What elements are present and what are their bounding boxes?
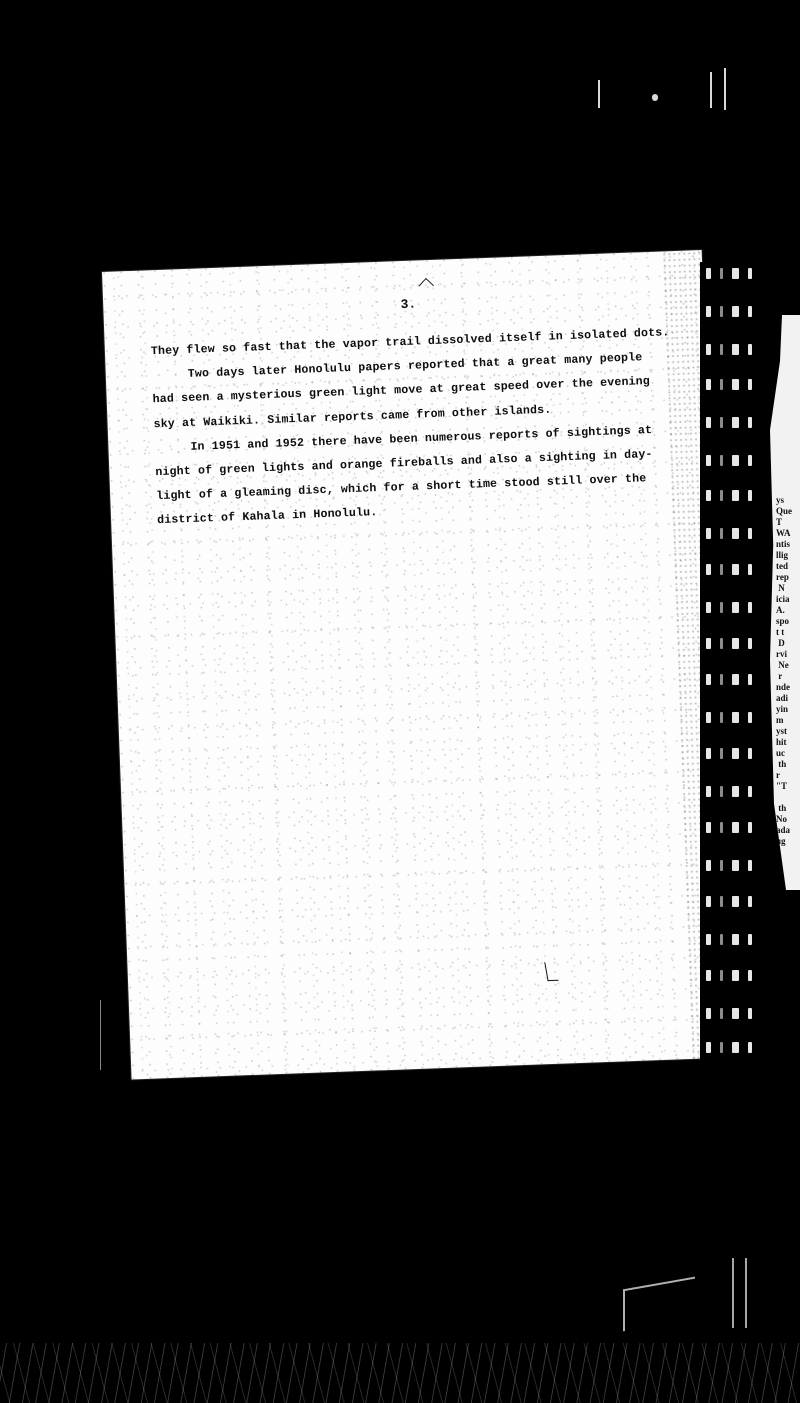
sprocket-row (706, 528, 758, 540)
film-sprocket-strip (700, 262, 762, 1062)
film-scratches (0, 1343, 800, 1403)
film-artifact-line (732, 1258, 734, 1328)
sprocket-row (706, 1008, 758, 1020)
sprocket-row (706, 896, 758, 908)
sprocket-row (706, 786, 758, 798)
sprocket-row (706, 344, 758, 356)
sprocket-row (706, 934, 758, 946)
pen-caret-mark (418, 278, 434, 294)
microfilm-scan: 3. They flew so fast that the vapor trai… (0, 0, 800, 1403)
sprocket-row (706, 379, 758, 391)
sprocket-row (706, 822, 758, 834)
film-artifact-line (745, 1258, 747, 1328)
sprocket-row (706, 417, 758, 429)
pen-mark (544, 962, 558, 981)
sprocket-row (706, 490, 758, 502)
sprocket-row (706, 564, 758, 576)
newspaper-clipping-fragment: ys Que T WA ntis llig ted rep N icia A. … (770, 315, 800, 890)
sprocket-row (706, 970, 758, 982)
sprocket-row (706, 860, 758, 872)
sprocket-row (706, 455, 758, 467)
page-number: 3. (103, 286, 703, 323)
newspaper-text: ys Que T WA ntis llig ted rep N icia A. … (776, 495, 792, 847)
sprocket-row (706, 602, 758, 614)
sprocket-row (706, 638, 758, 650)
sprocket-row (706, 674, 758, 686)
film-artifact (724, 68, 726, 110)
sprocket-row (706, 268, 758, 280)
film-edge-line (100, 1000, 101, 1070)
sprocket-row (706, 712, 758, 724)
sprocket-row (706, 1042, 758, 1054)
film-artifact (598, 80, 600, 108)
film-artifact (652, 94, 658, 101)
document-page: 3. They flew so fast that the vapor trai… (102, 250, 731, 1079)
film-artifact-frame (623, 1277, 695, 1332)
sprocket-row (706, 306, 758, 318)
typewritten-body: They flew so fast that the vapor trail d… (151, 321, 688, 534)
film-artifact (710, 72, 712, 108)
sprocket-row (706, 748, 758, 760)
